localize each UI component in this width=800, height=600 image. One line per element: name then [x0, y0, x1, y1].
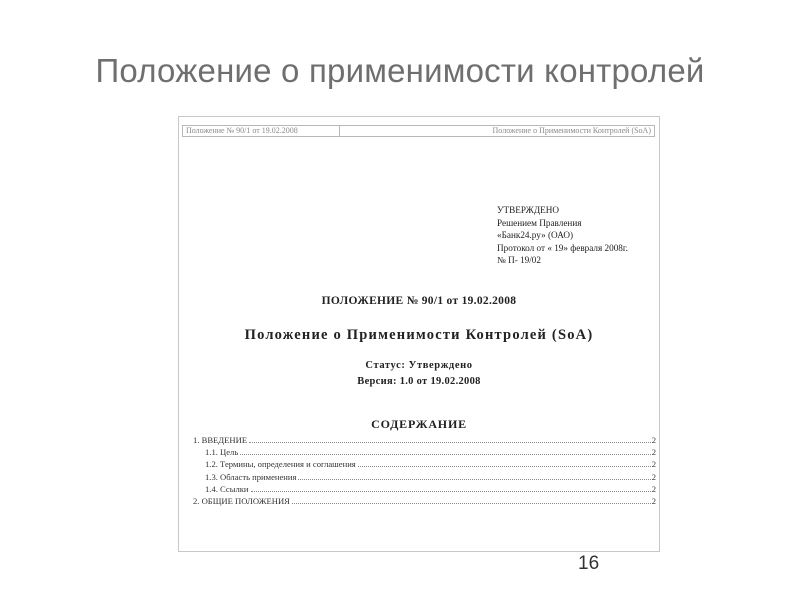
- toc-dot-leader: [358, 465, 651, 467]
- approval-line: «Банк24.ру» (ОАО): [497, 229, 628, 242]
- toc-entry-page: 2: [652, 483, 656, 495]
- toc-entry: 2. ОБЩИЕ ПОЛОЖЕНИЯ2: [193, 495, 656, 507]
- toc-entry-page: 2: [652, 471, 656, 483]
- toc-entry-page: 2: [652, 434, 656, 446]
- toc-dot-leader: [298, 478, 650, 480]
- toc-title: СОДЕРЖАНИЕ: [179, 417, 659, 432]
- toc-dot-leader: [249, 441, 651, 443]
- document-title: Положение о Применимости Контролей (SoA): [179, 327, 659, 344]
- toc-dot-leader: [240, 453, 650, 455]
- toc-entry-page: 2: [652, 446, 656, 458]
- toc-dot-leader: [251, 490, 651, 492]
- document-page-image: Положение № 90/1 от 19.02.2008 Положение…: [178, 116, 660, 552]
- approval-line: № П- 19/02: [497, 254, 628, 267]
- toc-entry-page: 2: [652, 458, 656, 470]
- slide-number: 16: [578, 553, 599, 575]
- toc-entry-page: 2: [652, 495, 656, 507]
- slide-title: Положение о применимости контролей: [0, 52, 800, 90]
- toc-entry-label: 1. ВВЕДЕНИЕ: [193, 434, 247, 446]
- toc-entry-label: 1.4. Ссылки: [205, 483, 249, 495]
- header-doc-number: Положение № 90/1 от 19.02.2008: [182, 125, 340, 137]
- approval-line: УТВЕРЖДЕНО: [497, 204, 628, 217]
- toc-entry: 1.3. Область применения2: [193, 471, 656, 483]
- document-number: ПОЛОЖЕНИЕ № 90/1 от 19.02.2008: [179, 295, 659, 307]
- document-version: Версия: 1.0 от 19.02.2008: [179, 376, 659, 387]
- table-of-contents: 1. ВВЕДЕНИЕ21.1. Цель21.2. Термины, опре…: [193, 434, 656, 507]
- toc-entry-label: 2. ОБЩИЕ ПОЛОЖЕНИЯ: [193, 495, 290, 507]
- approval-line: Решением Правления: [497, 217, 628, 230]
- toc-entry: 1.1. Цель2: [193, 446, 656, 458]
- toc-entry-label: 1.2. Термины, определения и соглашения: [205, 458, 356, 470]
- toc-dot-leader: [292, 502, 651, 504]
- toc-entry-label: 1.3. Область применения: [205, 471, 296, 483]
- toc-entry: 1.2. Термины, определения и соглашения2: [193, 458, 656, 470]
- approval-stamp: УТВЕРЖДЕНО Решением Правления «Банк24.ру…: [497, 204, 628, 267]
- approval-line: Протокол от « 19» февраля 2008г.: [497, 242, 628, 255]
- toc-entry-label: 1.1. Цель: [205, 446, 238, 458]
- toc-entry: 1.4. Ссылки2: [193, 483, 656, 495]
- header-doc-title: Положение о Применимости Контролей (SoA): [340, 125, 655, 137]
- toc-entry: 1. ВВЕДЕНИЕ2: [193, 434, 656, 446]
- document-running-header: Положение № 90/1 от 19.02.2008 Положение…: [182, 125, 655, 137]
- document-status: Статус: Утверждено: [179, 360, 659, 371]
